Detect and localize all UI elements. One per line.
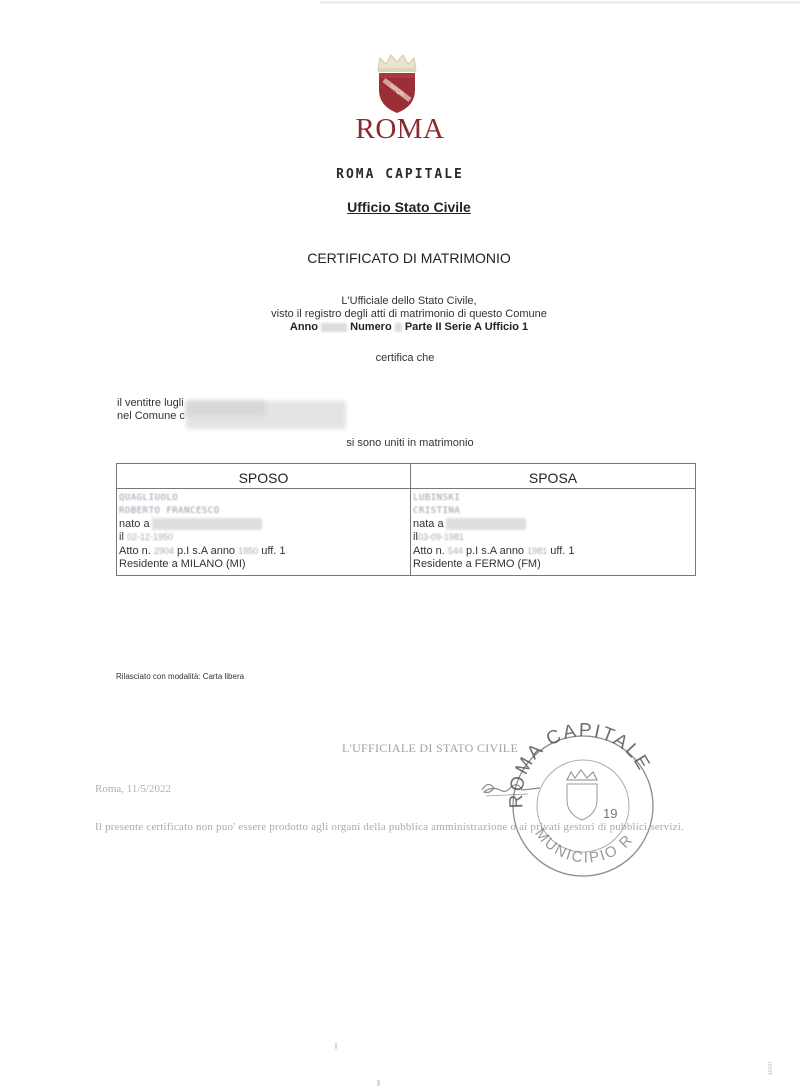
event-block: il ventitre lugli nel Comune c [117, 397, 185, 423]
event-redaction-dark [186, 401, 266, 416]
svg-text:19: 19 [603, 806, 617, 821]
atto-prefix: Atto n. [119, 545, 151, 557]
union-text: si sono uniti in matrimonio [330, 437, 490, 449]
anno-redacted [321, 323, 347, 332]
authority-name: ROMA CAPITALE [300, 167, 500, 182]
spouse-column-bride: SPOSA LUBINSKI CRISTINA nata a il03-09-1… [411, 464, 695, 575]
bride-surname-redacted: LUBINSKI [413, 493, 460, 503]
intro-line-2: visto il registro degli atti di matrimon… [240, 308, 578, 321]
birthplace-redacted [152, 518, 262, 530]
certifica-che: certifica che [340, 352, 470, 364]
numero-redacted [395, 323, 402, 332]
anno-label: Anno [290, 321, 318, 333]
birthplace-redacted [446, 518, 526, 530]
column-header: SPOSA [411, 464, 695, 489]
official-stamp-icon: ROMA CAPITALE MUNICIPIO ROMA 19 [495, 718, 675, 883]
event-date-line: il ventitre lugli [117, 397, 185, 410]
groom-residence: Residente a MILANO (MI) [119, 558, 408, 571]
atto-suffix: uff. 1 [261, 545, 285, 557]
atto-number-redacted: 544 [448, 545, 463, 558]
bride-names-redacted: CRISTINA [413, 506, 460, 516]
birthdate-redacted: 02-12-1950 [127, 531, 173, 544]
groom-surname-redacted: QUAGLIUOLO [119, 493, 178, 503]
scan-speck [377, 1080, 380, 1086]
bride-residence: Residente a FERMO (FM) [413, 558, 693, 571]
born-label: nato a [119, 518, 150, 530]
scan-edge-line [320, 1, 800, 4]
place-date: Roma, 11/5/2022 [95, 783, 171, 795]
atto-year-redacted: 1950 [238, 545, 258, 558]
atto-suffix: uff. 1 [550, 545, 574, 557]
roma-crest-icon: SPQR [372, 52, 422, 114]
officer-title: L'UFFICIALE DI STATO CIVILE [342, 741, 518, 756]
spouses-table: SPOSO QUAGLIUOLO ROBERTO FRANCESCO nato … [116, 463, 696, 576]
side-code: 1000 [768, 1062, 774, 1075]
atto-middle: p.I s.A anno [177, 545, 235, 557]
atto-number-redacted: 2904 [154, 545, 174, 558]
date-label: il [119, 531, 124, 543]
document-title: CERTIFICATO DI MATRIMONIO [250, 250, 568, 266]
column-header: SPOSO [117, 464, 410, 489]
birthdate-redacted: 03-09-1981 [418, 531, 464, 544]
event-place-line: nel Comune c [117, 410, 185, 423]
office-name: Ufficio Stato Civile [300, 199, 518, 215]
intro-block: L'Ufficiale dello Stato Civile, visto il… [240, 295, 578, 334]
logo-wordmark: ROMA [348, 113, 452, 146]
spouse-column-groom: SPOSO QUAGLIUOLO ROBERTO FRANCESCO nato … [117, 464, 411, 575]
intro-line-1: L'Ufficiale dello Stato Civile, [240, 295, 578, 308]
atto-year-redacted: 1981 [527, 545, 547, 558]
registry-line: Anno Numero Parte II Serie A Ufficio 1 [240, 321, 578, 334]
registry-rest: Parte II Serie A Ufficio 1 [405, 321, 528, 333]
svg-text:ROMA CAPITALE: ROMA CAPITALE [506, 720, 655, 809]
scan-speck [335, 1043, 337, 1049]
atto-middle: p.I s.A anno [466, 545, 524, 557]
numero-label: Numero [350, 321, 392, 333]
atto-prefix: Atto n. [413, 545, 445, 557]
born-label: nata a [413, 518, 444, 530]
issue-mode: Rilasciato con modalità: Carta libera [116, 672, 244, 681]
disclaimer: Il presente certificato non puo' essere … [95, 821, 795, 833]
groom-names-redacted: ROBERTO FRANCESCO [119, 506, 220, 516]
